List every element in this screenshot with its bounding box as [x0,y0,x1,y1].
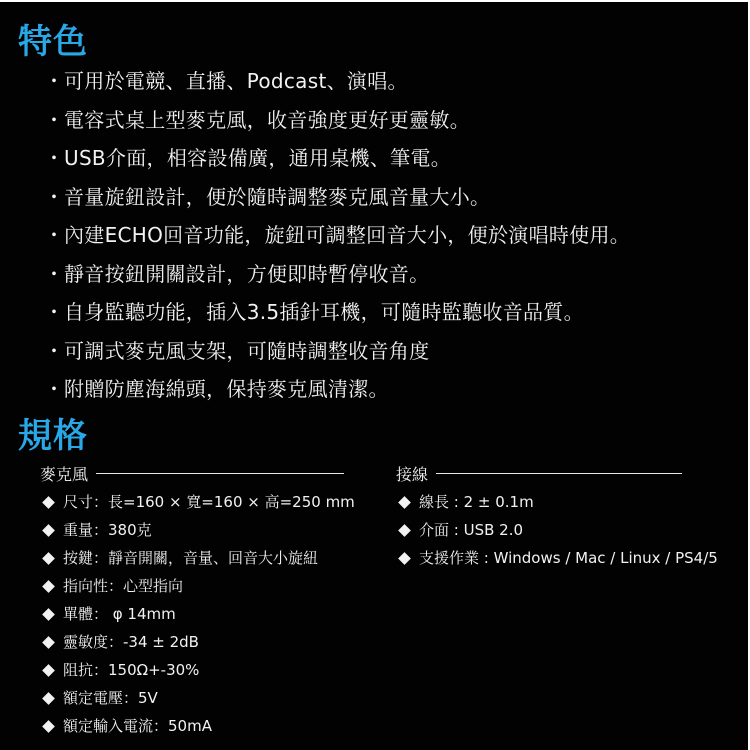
feature-item: ・附贈防塵海綿頭，保持麥克風清潔。 [44,370,630,409]
cable-heading: 接線 [396,458,718,488]
bullet-icon: ・ [44,332,64,370]
divider [436,473,682,474]
diamond-bullet-icon [42,636,55,649]
spec-item: 按鍵：靜音開關，音量、回音大小旋紐 [40,544,355,572]
diamond-bullet-icon [42,692,55,705]
spec-item: 指向性：心型指向 [40,572,355,600]
spec-item: 介面 : USB 2.0 [396,516,718,544]
diamond-bullet-icon [42,524,55,537]
features-list: ・可用於電競、直播、Podcast、演唱。 ・電容式桌上型麥克風，收音強度更好更… [44,62,630,409]
feature-item: ・自身監聽功能，插入3.5插針耳機，可隨時監聽收音品質。 [44,293,630,332]
cable-spec-list: 線長 : 2 ± 0.1m 介面 : USB 2.0 支援作業 : Window… [396,488,718,572]
feature-item: ・可調式麥克風支架，可隨時調整收音角度 [44,332,630,371]
spec-item: 阻抗：150Ω+-30% [40,656,355,684]
diamond-bullet-icon [42,664,55,677]
spec-item: 額定輸入電流：50mA [40,712,355,740]
bullet-icon: ・ [44,139,64,177]
bullet-icon: ・ [44,216,64,254]
bullet-icon: ・ [44,178,64,216]
microphone-spec-list: 尺寸：長=160 × 寬=160 × 高=250 mm 重量：380克 按鍵：靜… [40,488,355,740]
diamond-bullet-icon [42,720,55,733]
cable-specs: 接線 線長 : 2 ± 0.1m 介面 : USB 2.0 支援作業 : Win… [396,458,718,572]
spec-item: 單體： φ 14mm [40,600,355,628]
spec-item: 額定電壓：5V [40,684,355,712]
features-title: 特色 [18,22,88,62]
feature-item: ・內建ECHO回音功能，旋鈕可調整回音大小，便於演唱時使用。 [44,216,630,255]
divider [96,473,344,474]
specs-title: 規格 [18,416,88,456]
spec-item: 重量：380克 [40,516,355,544]
spec-item: 線長 : 2 ± 0.1m [396,488,718,516]
spec-item: 靈敏度：-34 ± 2dB [40,628,355,656]
feature-item: ・可用於電競、直播、Podcast、演唱。 [44,62,630,101]
diamond-bullet-icon [398,552,411,565]
diamond-bullet-icon [42,496,55,509]
bullet-icon: ・ [44,370,64,408]
diamond-bullet-icon [42,608,55,621]
feature-item: ・電容式桌上型麥克風，收音強度更好更靈敏。 [44,101,630,140]
feature-item: ・音量旋鈕設計，便於隨時調整麥克風音量大小。 [44,178,630,217]
diamond-bullet-icon [398,524,411,537]
bullet-icon: ・ [44,62,64,100]
microphone-heading: 麥克風 [40,458,355,488]
bullet-icon: ・ [44,255,64,293]
bullet-icon: ・ [44,293,64,331]
product-spec-sheet: 特色 ・可用於電競、直播、Podcast、演唱。 ・電容式桌上型麥克風，收音強度… [0,2,748,750]
diamond-bullet-icon [42,580,55,593]
feature-item: ・靜音按鈕開關設計，方便即時暫停收音。 [44,255,630,294]
spec-item: 尺寸：長=160 × 寬=160 × 高=250 mm [40,488,355,516]
microphone-specs: 麥克風 尺寸：長=160 × 寬=160 × 高=250 mm 重量：380克 … [40,458,355,740]
feature-item: ・USB介面，相容設備廣，通用桌機、筆電。 [44,139,630,178]
diamond-bullet-icon [398,496,411,509]
diamond-bullet-icon [42,552,55,565]
bullet-icon: ・ [44,101,64,139]
spec-item: 支援作業 : Windows / Mac / Linux / PS4/5 [396,544,718,572]
